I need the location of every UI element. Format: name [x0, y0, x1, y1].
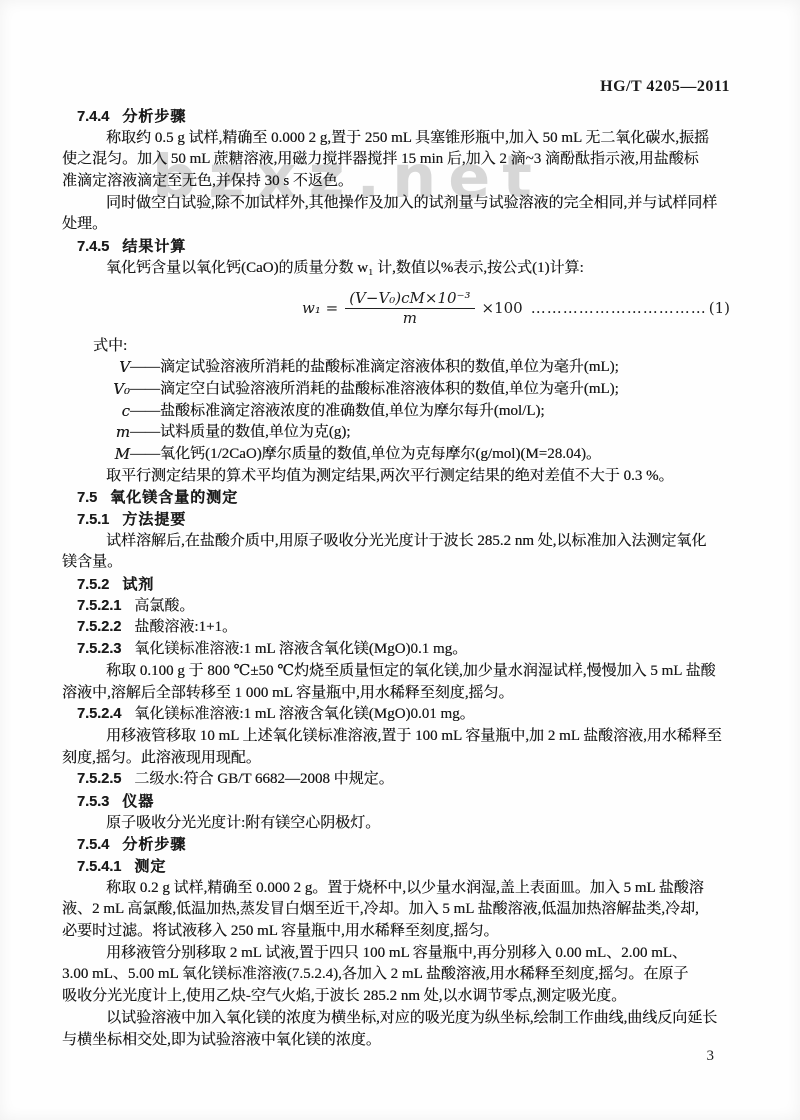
clause-number: 7.5.4.1	[77, 859, 121, 875]
equation-lhs: w₁ =	[302, 299, 338, 317]
line-text: 同时做空白试验,除不加试样外,其他操作及加入的试剂量与试验溶液的完全相同,并与试…	[106, 195, 717, 211]
text-line: 液、2 mL 高氯酸,低温加热,蒸发冒白烟至近干,冷却。加入 5 mL 盐酸溶液…	[62, 899, 730, 921]
text-line: 使之混匀。加入 50 mL 蔗糖溶液,用磁力搅拌器搅拌 15 min 后,加入 …	[62, 149, 730, 171]
clause-number: 7.5.4	[77, 837, 109, 853]
clause-line: 7.5.2.2盐酸溶液:1+1。	[77, 617, 730, 639]
equation-dot-leader: ……………………………………………………	[531, 299, 705, 317]
definition-line: c——盐酸标准滴定溶液浓度的准确数值,单位为摩尔每升(mol/L);	[62, 401, 730, 423]
line-text: 取平行测定结果的算术平均值为测定结果,两次平行测定结果的绝对差值不大于 0.3 …	[106, 468, 674, 484]
formula-variable: V₀	[84, 379, 130, 401]
text-line: 处理。	[62, 214, 730, 236]
line-text: 吸收分光光度计上,使用乙炔-空气火焰,于波长 285.2 nm 处,以水调节零点…	[62, 988, 626, 1004]
text-line: 与横坐标相交处,即为试验溶液中氧化镁的浓度。	[62, 1030, 730, 1052]
text-line: 用移液管分别移取 2 mL 试液,置于四只 100 mL 容量瓶中,再分别移入 …	[62, 943, 730, 965]
clause-text: 盐酸溶液:1+1。	[134, 619, 237, 635]
text-line: 必要时过滤。将试液移入 250 mL 容量瓶中,用水稀释至刻度,摇匀。	[62, 921, 730, 943]
text-line: 用移液管移取 10 mL 上述氧化镁标准溶液,置于 100 mL 容量瓶中,加 …	[62, 726, 730, 748]
definition-text: ——试料质量的数值,单位为克(g);	[130, 422, 350, 444]
text-line: 准滴定溶液滴定至无色,并保持 30 s 不返色。	[62, 171, 730, 193]
line-text: 必要时过滤。将试液移入 250 mL 容量瓶中,用水稀释至刻度,摇匀。	[62, 923, 499, 939]
clause-number: 7.5.3	[77, 794, 109, 810]
section-heading: 7.5.4分析步骤	[77, 834, 730, 856]
formula-variable: V	[84, 357, 130, 379]
equation-multiplier: ×100	[482, 299, 523, 317]
line-text: 以试验溶液中加入氧化镁的浓度为横坐标,对应的吸光度为纵坐标,绘制工作曲线,曲线反…	[106, 1010, 717, 1026]
line-text: 用移液管分别移取 2 mL 试液,置于四只 100 mL 容量瓶中,再分别移入 …	[106, 945, 687, 961]
line-text: 称取约 0.5 g 试样,精确至 0.000 2 g,置于 250 mL 具塞锥…	[106, 130, 709, 146]
document-page: bzxz.net HG/T 4205—2011 7.4.4分析步骤称取约 0.5…	[0, 0, 800, 1120]
section-heading: 7.5.3仪器	[77, 791, 730, 813]
clause-line: 7.5.2.4氧化镁标准溶液:1 mL 溶液含氧化镁(MgO)0.01 mg。	[77, 704, 730, 726]
text-line: 取平行测定结果的算术平均值为测定结果,两次平行测定结果的绝对差值不大于 0.3 …	[62, 466, 730, 488]
line-text: 称取 0.100 g 于 800 ℃±50 ℃灼烧至质量恒定的氧化镁,加少量水润…	[106, 663, 716, 679]
standard-code: HG/T 4205—2011	[600, 78, 730, 96]
clause-number: 7.5.2.1	[77, 598, 121, 614]
clause-line: 7.5.2.3氧化镁标准溶液:1 mL 溶液含氧化镁(MgO)0.1 mg。	[77, 639, 730, 661]
clause-number: 7.5.2.3	[77, 641, 121, 657]
definition-text: ——盐酸标准滴定溶液浓度的准确数值,单位为摩尔每升(mol/L);	[130, 401, 545, 423]
clause-text: 结果计算	[122, 238, 186, 255]
equation-number: (1)	[709, 299, 730, 317]
text-line: 称取约 0.5 g 试样,精确至 0.000 2 g,置于 250 mL 具塞锥…	[62, 128, 730, 150]
equation-1: w₁ = (V−V₀)cM×10⁻³ m ×100 ………………………………………	[302, 280, 730, 336]
text-line: 镁含量。	[62, 552, 730, 574]
line-text: 称取 0.2 g 试样,精确至 0.000 2 g。置于烧杯中,以少量水润湿,盖…	[106, 880, 704, 896]
fraction-numerator: (V−V₀)cM×10⁻³	[345, 289, 474, 309]
line-text: 镁含量。	[62, 554, 122, 570]
line-text: 原子吸收分光光度计:附有镁空心阴极灯。	[106, 815, 380, 831]
clause-text: 氧化镁含量的测定	[110, 489, 238, 506]
text-line: 原子吸收分光光度计:附有镁空心阴极灯。	[62, 813, 730, 835]
line-text: 与横坐标相交处,即为试验溶液中氧化镁的浓度。	[62, 1032, 381, 1048]
clause-number: 7.4.5	[77, 239, 109, 255]
line-text: 式中:	[93, 338, 127, 354]
clause-number: 7.5.2.4	[77, 706, 121, 722]
clause-number: 7.5.2.5	[77, 771, 121, 787]
definition-text: ——滴定试验溶液所消耗的盐酸标准滴定溶液体积的数值,单位为毫升(mL);	[130, 357, 619, 379]
line-text: 液、2 mL 高氯酸,低温加热,蒸发冒白烟至近干,冷却。加入 5 mL 盐酸溶液…	[62, 901, 699, 917]
content-lines: 7.4.4分析步骤称取约 0.5 g 试样,精确至 0.000 2 g,置于 2…	[62, 106, 730, 1051]
text-line: 氧化钙含量以氧化钙(CaO)的质量分数 w₁ 计,数值以%表示,按公式(1)计算…	[62, 258, 730, 280]
definition-line: V——滴定试验溶液所消耗的盐酸标准滴定溶液体积的数值,单位为毫升(mL);	[62, 357, 730, 379]
line-text: 用移液管移取 10 mL 上述氧化镁标准溶液,置于 100 mL 容量瓶中,加 …	[106, 728, 722, 744]
text-line: 称取 0.2 g 试样,精确至 0.000 2 g。置于烧杯中,以少量水润湿,盖…	[62, 878, 730, 900]
clause-number: 7.4.4	[77, 109, 109, 125]
fraction-denominator: m	[403, 309, 417, 327]
definition-line: V₀——滴定空白试验溶液所消耗的盐酸标准溶液体积的数值,单位为毫升(mL);	[62, 379, 730, 401]
text-line: 溶液中,溶解后全部转移至 1 000 mL 容量瓶中,用水稀释至刻度,摇匀。	[62, 683, 730, 705]
clause-number: 7.5.2.2	[77, 619, 121, 635]
section-heading: 7.5.4.1测定	[77, 856, 730, 878]
clause-line: 7.5.2.1高氯酸。	[77, 596, 730, 618]
definition-line: m——试料质量的数值,单位为克(g);	[62, 422, 730, 444]
section-heading: 7.5.1方法提要	[77, 509, 730, 531]
text-line: 式中:	[62, 336, 730, 358]
text-line: 以试验溶液中加入氧化镁的浓度为横坐标,对应的吸光度为纵坐标,绘制工作曲线,曲线反…	[62, 1008, 730, 1030]
definition-text: ——滴定空白试验溶液所消耗的盐酸标准溶液体积的数值,单位为毫升(mL);	[130, 379, 619, 401]
equation-fraction: (V−V₀)cM×10⁻³ m	[345, 289, 474, 327]
line-text: 使之混匀。加入 50 mL 蔗糖溶液,用磁力搅拌器搅拌 15 min 后,加入 …	[62, 151, 699, 167]
line-text: 氧化钙含量以氧化钙(CaO)的质量分数 w₁ 计,数值以%表示,按公式(1)计算…	[106, 260, 584, 276]
section-heading: 7.4.5结果计算	[77, 236, 730, 258]
clause-number: 7.5.2	[77, 577, 109, 593]
definition-line: M——氧化钙(1/2CaO)摩尔质量的数值,单位为克每摩尔(g/mol)(M=2…	[62, 444, 730, 466]
line-text: 刻度,摇匀。此溶液现用现配。	[62, 750, 261, 766]
text-line: 试样溶解后,在盐酸介质中,用原子吸收分光光度计于波长 285.2 nm 处,以标…	[62, 531, 730, 553]
line-text: 准滴定溶液滴定至无色,并保持 30 s 不返色。	[62, 173, 353, 189]
text-line: 吸收分光光度计上,使用乙炔-空气火焰,于波长 285.2 nm 处,以水调节零点…	[62, 986, 730, 1008]
clause-text: 方法提要	[122, 511, 186, 528]
formula-variable: M	[84, 444, 130, 466]
clause-number: 7.5.1	[77, 512, 109, 528]
clause-text: 分析步骤	[122, 836, 186, 853]
formula-variable: c	[84, 401, 130, 423]
formula-variable: m	[84, 422, 130, 444]
definition-text: ——氧化钙(1/2CaO)摩尔质量的数值,单位为克每摩尔(g/mol)(M=28…	[130, 444, 601, 466]
clause-text: 氧化镁标准溶液:1 mL 溶液含氧化镁(MgO)0.1 mg。	[134, 641, 467, 657]
clause-text: 测定	[134, 858, 166, 875]
clause-number: 7.5	[77, 490, 97, 506]
clause-text: 分析步骤	[122, 108, 186, 125]
line-text: 3.00 mL、5.00 mL 氧化镁标准溶液(7.5.2.4),各加入 2 m…	[62, 966, 688, 982]
line-text: 处理。	[62, 216, 107, 232]
clause-line: 7.5.2.5二级水:符合 GB/T 6682—2008 中规定。	[77, 769, 730, 791]
clause-text: 仪器	[122, 793, 154, 810]
section-heading: 7.4.4分析步骤	[77, 106, 730, 128]
clause-text: 试剂	[122, 576, 154, 593]
clause-text: 氧化镁标准溶液:1 mL 溶液含氧化镁(MgO)0.01 mg。	[134, 706, 474, 722]
clause-text: 二级水:符合 GB/T 6682—2008 中规定。	[134, 771, 393, 787]
line-text: 试样溶解后,在盐酸介质中,用原子吸收分光光度计于波长 285.2 nm 处,以标…	[106, 533, 706, 549]
page-number: 3	[707, 1048, 715, 1065]
line-text: 溶液中,溶解后全部转移至 1 000 mL 容量瓶中,用水稀释至刻度,摇匀。	[62, 685, 514, 701]
clause-text: 高氯酸。	[134, 598, 194, 614]
section-heading: 7.5.2试剂	[77, 574, 730, 596]
section-heading: 7.5氧化镁含量的测定	[77, 487, 730, 509]
text-line: 称取 0.100 g 于 800 ℃±50 ℃灼烧至质量恒定的氧化镁,加少量水润…	[62, 661, 730, 683]
text-line: 同时做空白试验,除不加试样外,其他操作及加入的试剂量与试验溶液的完全相同,并与试…	[62, 193, 730, 215]
text-line: 刻度,摇匀。此溶液现用现配。	[62, 748, 730, 770]
text-line: 3.00 mL、5.00 mL 氧化镁标准溶液(7.5.2.4),各加入 2 m…	[62, 964, 730, 986]
